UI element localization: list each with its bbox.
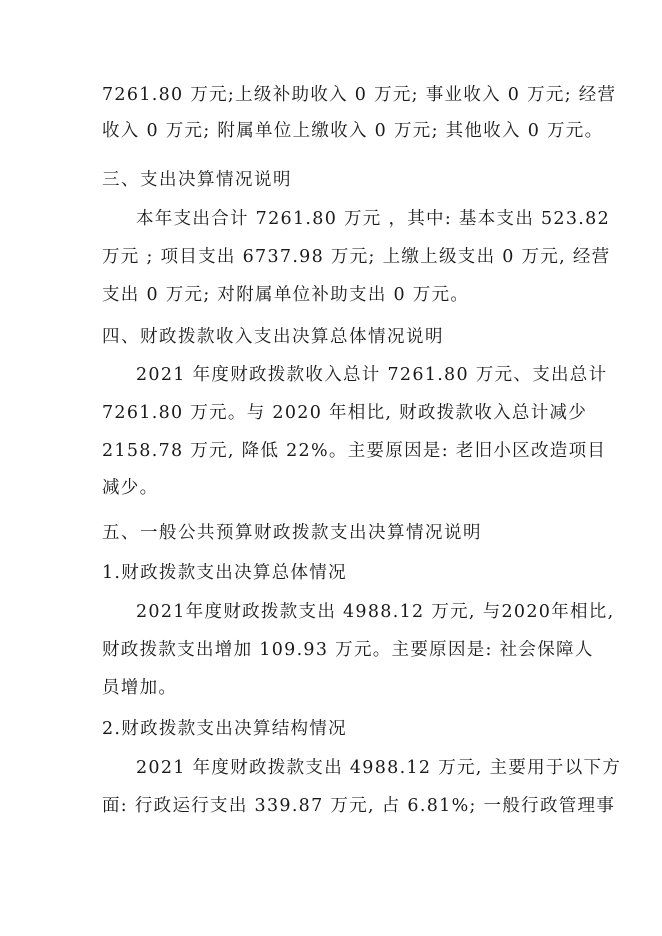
overall-line-2: 财政拨款支出增加 109.93 万元。主要原因是: 社会保障人 (102, 639, 562, 661)
fiscal-line-2: 7261.80 万元。与 2020 年相比, 财政拨款收入总计减少 (102, 402, 562, 424)
structure-line-2: 面: 行政运行支出 339.87 万元, 占 6.81%; 一般行政管理事 (102, 795, 562, 817)
fiscal-line-4: 减少。 (102, 477, 562, 499)
expenditure-line-3: 支出 0 万元; 对附属单位补助支出 0 万元。 (102, 284, 562, 306)
expenditure-line-2: 万元 ; 项目支出 6737.98 万元; 上缴上级支出 0 万元, 经营 (102, 246, 562, 268)
document-page: 7261.80 万元;上级补助收入 0 万元; 事业收入 0 万元; 经营 收入… (0, 0, 662, 936)
income-line-2: 收入 0 万元; 附属单位上缴收入 0 万元; 其他收入 0 万元。 (102, 120, 562, 142)
overall-line-3: 员增加。 (102, 677, 562, 699)
overall-line-1: 2021年度财政拨款支出 4988.12 万元, 与2020年相比, (136, 601, 596, 623)
income-line-1: 7261.80 万元;上级补助收入 0 万元; 事业收入 0 万元; 经营 (102, 84, 562, 106)
expenditure-line-1: 本年支出合计 7261.80 万元 ，其中: 基本支出 523.82 (136, 208, 596, 230)
section-5-heading: 五、一般公共预算财政拨款支出决算情况说明 (102, 522, 562, 544)
section-3-heading: 三、支出决算情况说明 (102, 169, 562, 191)
fiscal-line-1: 2021 年度财政拨款收入总计 7261.80 万元、支出总计 (136, 364, 596, 386)
fiscal-line-3: 2158.78 万元, 降低 22%。主要原因是: 老旧小区改造项目 (102, 440, 562, 462)
subheading-1: 1.财政拨款支出决算总体情况 (102, 562, 562, 584)
subheading-2: 2.财政拨款支出决算结构情况 (102, 718, 562, 740)
section-4-heading: 四、财政拨款收入支出决算总体情况说明 (102, 326, 562, 348)
structure-line-1: 2021 年度财政拨款支出 4988.12 万元, 主要用于以下方 (136, 757, 596, 779)
